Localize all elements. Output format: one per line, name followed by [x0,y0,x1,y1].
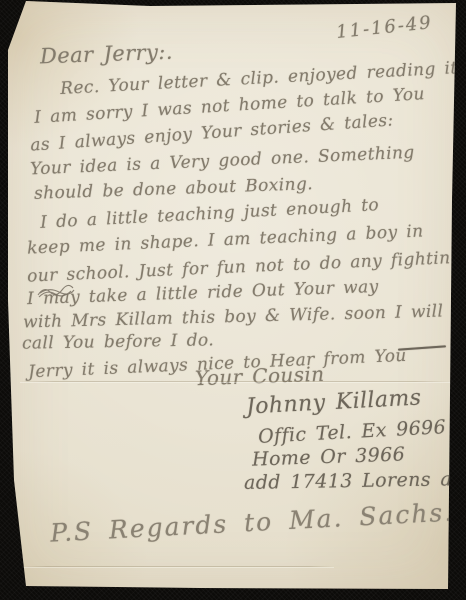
letter-closing: Your Cousin [195,362,325,391]
letter-date: 11-16-49 [335,12,434,43]
paper-crease [22,566,334,567]
contact-home-phone: Home Or 3966 [252,443,406,470]
photo-scene: 11-16-49 Dear Jerry:. Rec. Your letter &… [0,0,466,600]
letter-signature: Johnny Killams [245,385,421,419]
letter-body-line: should be done about Boxing. [34,174,314,204]
letter-salutation: Dear Jerry:. [40,40,174,69]
scribbled-out-word [37,284,75,303]
letter-body-line: call You before I do. [22,330,214,353]
paper-crease [20,381,450,382]
contact-address: add 17413 Lorens av [244,468,464,494]
contact-office-phone: Offic Tel. Ex 9696 [258,416,447,448]
letter-paper: 11-16-49 Dear Jerry:. Rec. Your letter &… [0,0,466,600]
letter-postscript: P.S Regards to Ma. Sachs. [50,497,455,547]
